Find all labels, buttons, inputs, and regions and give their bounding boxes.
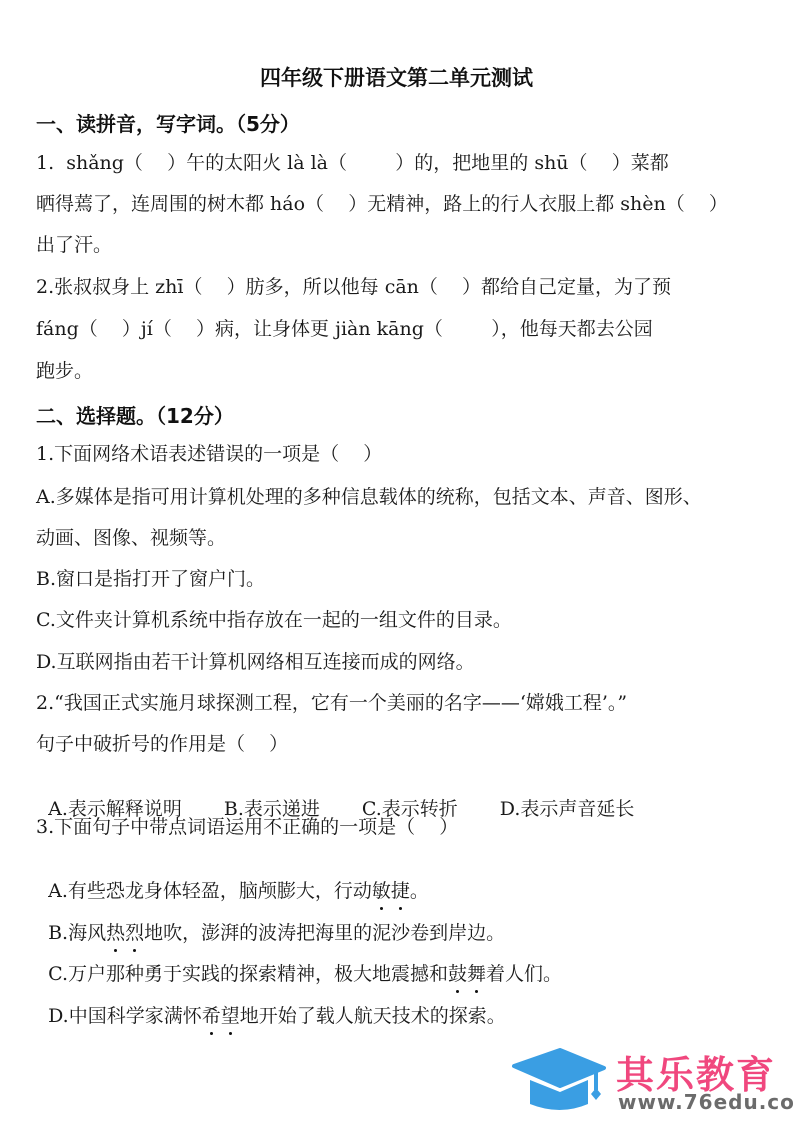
- choice-q1-option-b: B.窗口是指打开了窗户门。: [36, 567, 265, 591]
- question-1-line-2: 晒得蔫了，连周围的树木都 háo（ ）无精神，路上的行人衣服上都 shèn（ ）: [36, 192, 728, 216]
- question-1-line-3: 出了汗。: [36, 233, 112, 257]
- dotted-char: 望: [221, 1004, 240, 1028]
- choice-q3-stem: 3.下面句子中带点词语运用不正确的一项是（ ）: [36, 815, 458, 839]
- graduation-cap-icon: [508, 1046, 608, 1112]
- dotted-char: 希: [202, 1004, 221, 1028]
- choice-q1-option-d: D.互联网指由若干计算机网络相互连接而成的网络。: [36, 650, 475, 674]
- choice-q2-option-d: D.表示声音延长: [500, 798, 635, 820]
- section-heading-choice: 二、选择题。（12分）: [36, 400, 234, 429]
- choice-q2-stem-line-1: 2.“我国正式实施月球探测工程，它有一个美丽的名字——‘嫦娥工程’。”: [36, 691, 627, 715]
- choice-q3-option-c: C.万户那种勇于实践的探索精神，极大地震撼和鼓舞着人们。: [36, 938, 562, 986]
- page-title: 四年级下册语文第二单元测试: [0, 62, 793, 92]
- choice-q3-option-a: A.有些恐龙身体轻盈，脑颅膨大，行动敏捷。: [36, 855, 429, 903]
- choice-q3-option-d: D.中国科学家满怀希望地开始了载人航天技术的探索。: [36, 980, 506, 1028]
- choice-q2-stem-line-2: 句子中破折号的作用是（ ）: [36, 732, 288, 756]
- choice-q1-stem: 1.下面网络术语表述错误的一项是（ ）: [36, 442, 382, 466]
- choice-q1-option-a-line-1: A.多媒体是指可用计算机处理的多种信息载体的统称，包括文本、声音、图形、: [36, 485, 702, 509]
- question-2-line-1: 2.张叔叔身上 zhī（ ）肪多，所以他每 cān（ ）都给自己定量，为了预: [36, 275, 671, 299]
- choice-q1-option-c: C.文件夹计算机系统中指存放在一起的一组文件的目录。: [36, 608, 512, 632]
- question-1-line-1: 1. shǎng（ ）午的太阳火 là là（ ）的，把地里的 shū（ ）菜都: [36, 151, 669, 175]
- brand-url: www.76edu.com: [618, 1090, 793, 1114]
- question-2-line-3: 跑步。: [36, 359, 93, 383]
- question-2-line-2: fáng（ ）jí（ ）病，让身体更 jiàn kāng（ ），他每天都去公园: [36, 317, 653, 341]
- watermark-logo: 其乐教育 www.76edu.com: [508, 1040, 788, 1115]
- choice-q1-option-a-line-2: 动画、图像、视频等。: [36, 526, 226, 550]
- choice-q2-options: A.表示解释说明B.表示递进C.表示转折D.表示声音延长: [36, 773, 634, 821]
- section-heading-pinyin: 一、读拼音，写字词。（5分）: [36, 108, 300, 137]
